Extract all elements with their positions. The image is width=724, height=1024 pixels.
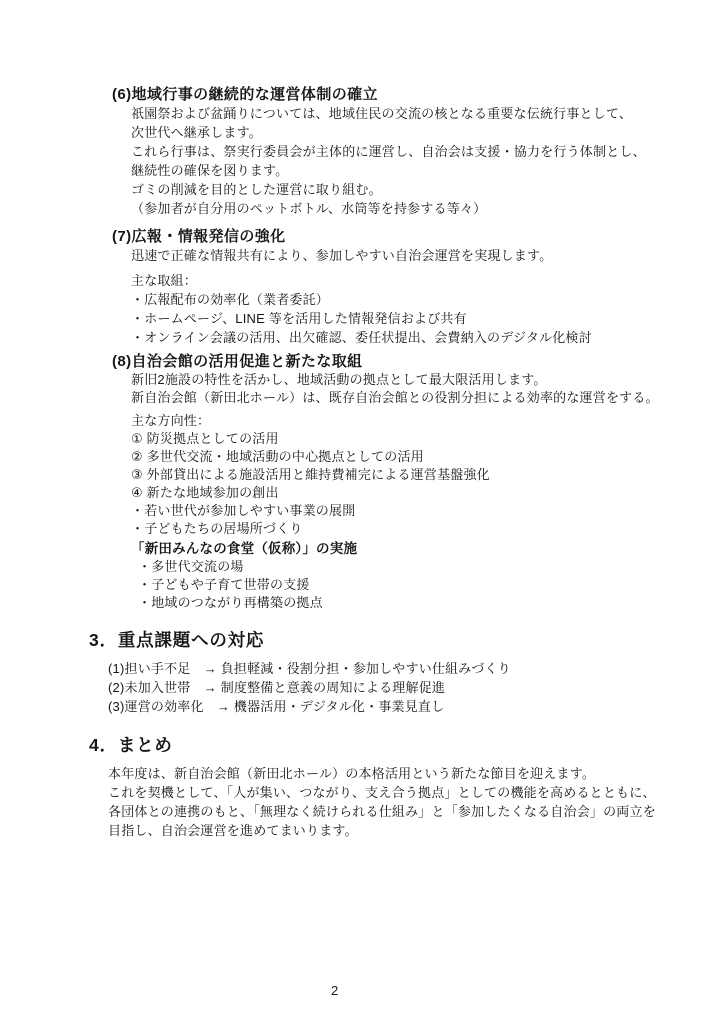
text-line: 本年度は、新自治会館（新田北ホール）の本格活用という新たな節目を迎えます。 [0,764,724,783]
numbered-line: ③ 外部貸出による施設活用と維持費補完による運営基盤強化 [0,466,724,484]
section-6: (6)地域行事の継続的な運営体制の確立 祇園祭および盆踊りについては、地域住民の… [0,85,724,218]
text-line: これを契機として、「人が集い、つながり、支え合う拠点」としての機能を高めるととも… [0,783,724,802]
text-line: 次世代へ継承します。 [0,123,724,142]
section-8: (8)自治会館の活用促進と新たな取組 新旧2施設の特性を活かし、地域活動の拠点と… [0,352,724,538]
numbered-line: ④ 新たな地域参加の創出 [0,484,724,502]
section-7: (7)広報・情報発信の強化 迅速で正確な情報共有により、参加しやすい自治会運営を… [0,227,724,347]
text-line: 新旧2施設の特性を活かし、地域活動の拠点として最大限活用します。 [0,371,724,389]
bullet-line: ・地域のつながり再構築の拠点 [0,594,724,612]
spacer [0,651,724,659]
bullet-line: ・オンライン会議の活用、出欠確認、委任状提出、会費納入のデジタル化検討 [0,328,724,347]
section-3-heading: 3．重点課題への対応 [0,629,724,651]
section-8-heading: (8)自治会館の活用促進と新たな取組 [0,352,724,371]
text-line: 祇園祭および盆踊りについては、地域住民の交流の核となる重要な伝統行事として、 [0,104,724,123]
spacer [0,756,724,764]
text-line: 目指し、自治会運営を進めてまいります。 [0,821,724,840]
subhead-line: 主な取組： [0,271,724,290]
section-4: 4．まとめ 本年度は、新自治会館（新田北ホール）の本格活用という新たな節目を迎え… [0,734,724,840]
bullet-line: ・広報配布の効率化（業者委託） [0,290,724,309]
page-number: 2 [331,983,338,998]
text-line: 迅速で正確な情報共有により、参加しやすい自治会運営を実現します。 [0,246,724,265]
subhead-line: 主な方向性： [0,412,724,430]
shokudo-heading: 「新田みんなの食堂（仮称）」の実施 [0,540,724,558]
section-7-heading: (7)広報・情報発信の強化 [0,227,724,246]
text-line: 各団体との連携のもと、「無理なく続けられる仕組み」と「参加したくなる自治会」の両… [0,802,724,821]
text-line: ゴミの削減を目的とした運営に取り組む。 [0,180,724,199]
bullet-line: ・子どもや子育て世帯の支援 [0,576,724,594]
bullet-line: ・若い世代が参加しやすい事業の展開 [0,502,724,520]
section-4-heading: 4．まとめ [0,734,724,756]
text-line: （参加者が自分用のペットボトル、水筒等を持参する等々） [0,199,724,218]
bullet-line: ・子どもたちの居場所づくり [0,520,724,538]
shokudo-block: 「新田みんなの食堂（仮称）」の実施 ・多世代交流の場 ・子どもや子育て世帯の支援… [0,540,724,612]
text-line: 継続性の確保を図ります。 [0,161,724,180]
section-6-heading: (6)地域行事の継続的な運営体制の確立 [0,85,724,104]
section-3: 3．重点課題への対応 (1)担い手不足 → 負担軽減・役割分担・参加しやすい仕組… [0,629,724,716]
text-line: 新自治会館（新田北ホール）は、既存自治会館との役割分担による効率的な運営をする。 [0,389,724,407]
document-page: (6)地域行事の継続的な運営体制の確立 祇園祭および盆踊りについては、地域住民の… [0,0,724,1024]
mapping-line: (1)担い手不足 → 負担軽減・役割分担・参加しやすい仕組みづくり [0,659,724,678]
mapping-line: (2)未加入世帯 → 制度整備と意義の周知による理解促進 [0,678,724,697]
bullet-line: ・多世代交流の場 [0,558,724,576]
numbered-line: ① 防災拠点としての活用 [0,430,724,448]
mapping-line: (3)運営の効率化 → 機器活用・デジタル化・事業見直し [0,697,724,716]
text-line: これら行事は、祭実行委員会が主体的に運営し、自治会は支援・協力を行う体制とし、 [0,142,724,161]
numbered-line: ② 多世代交流・地域活動の中心拠点としての活用 [0,448,724,466]
bullet-line: ・ホームページ、LINE 等を活用した情報発信および共有 [0,309,724,328]
